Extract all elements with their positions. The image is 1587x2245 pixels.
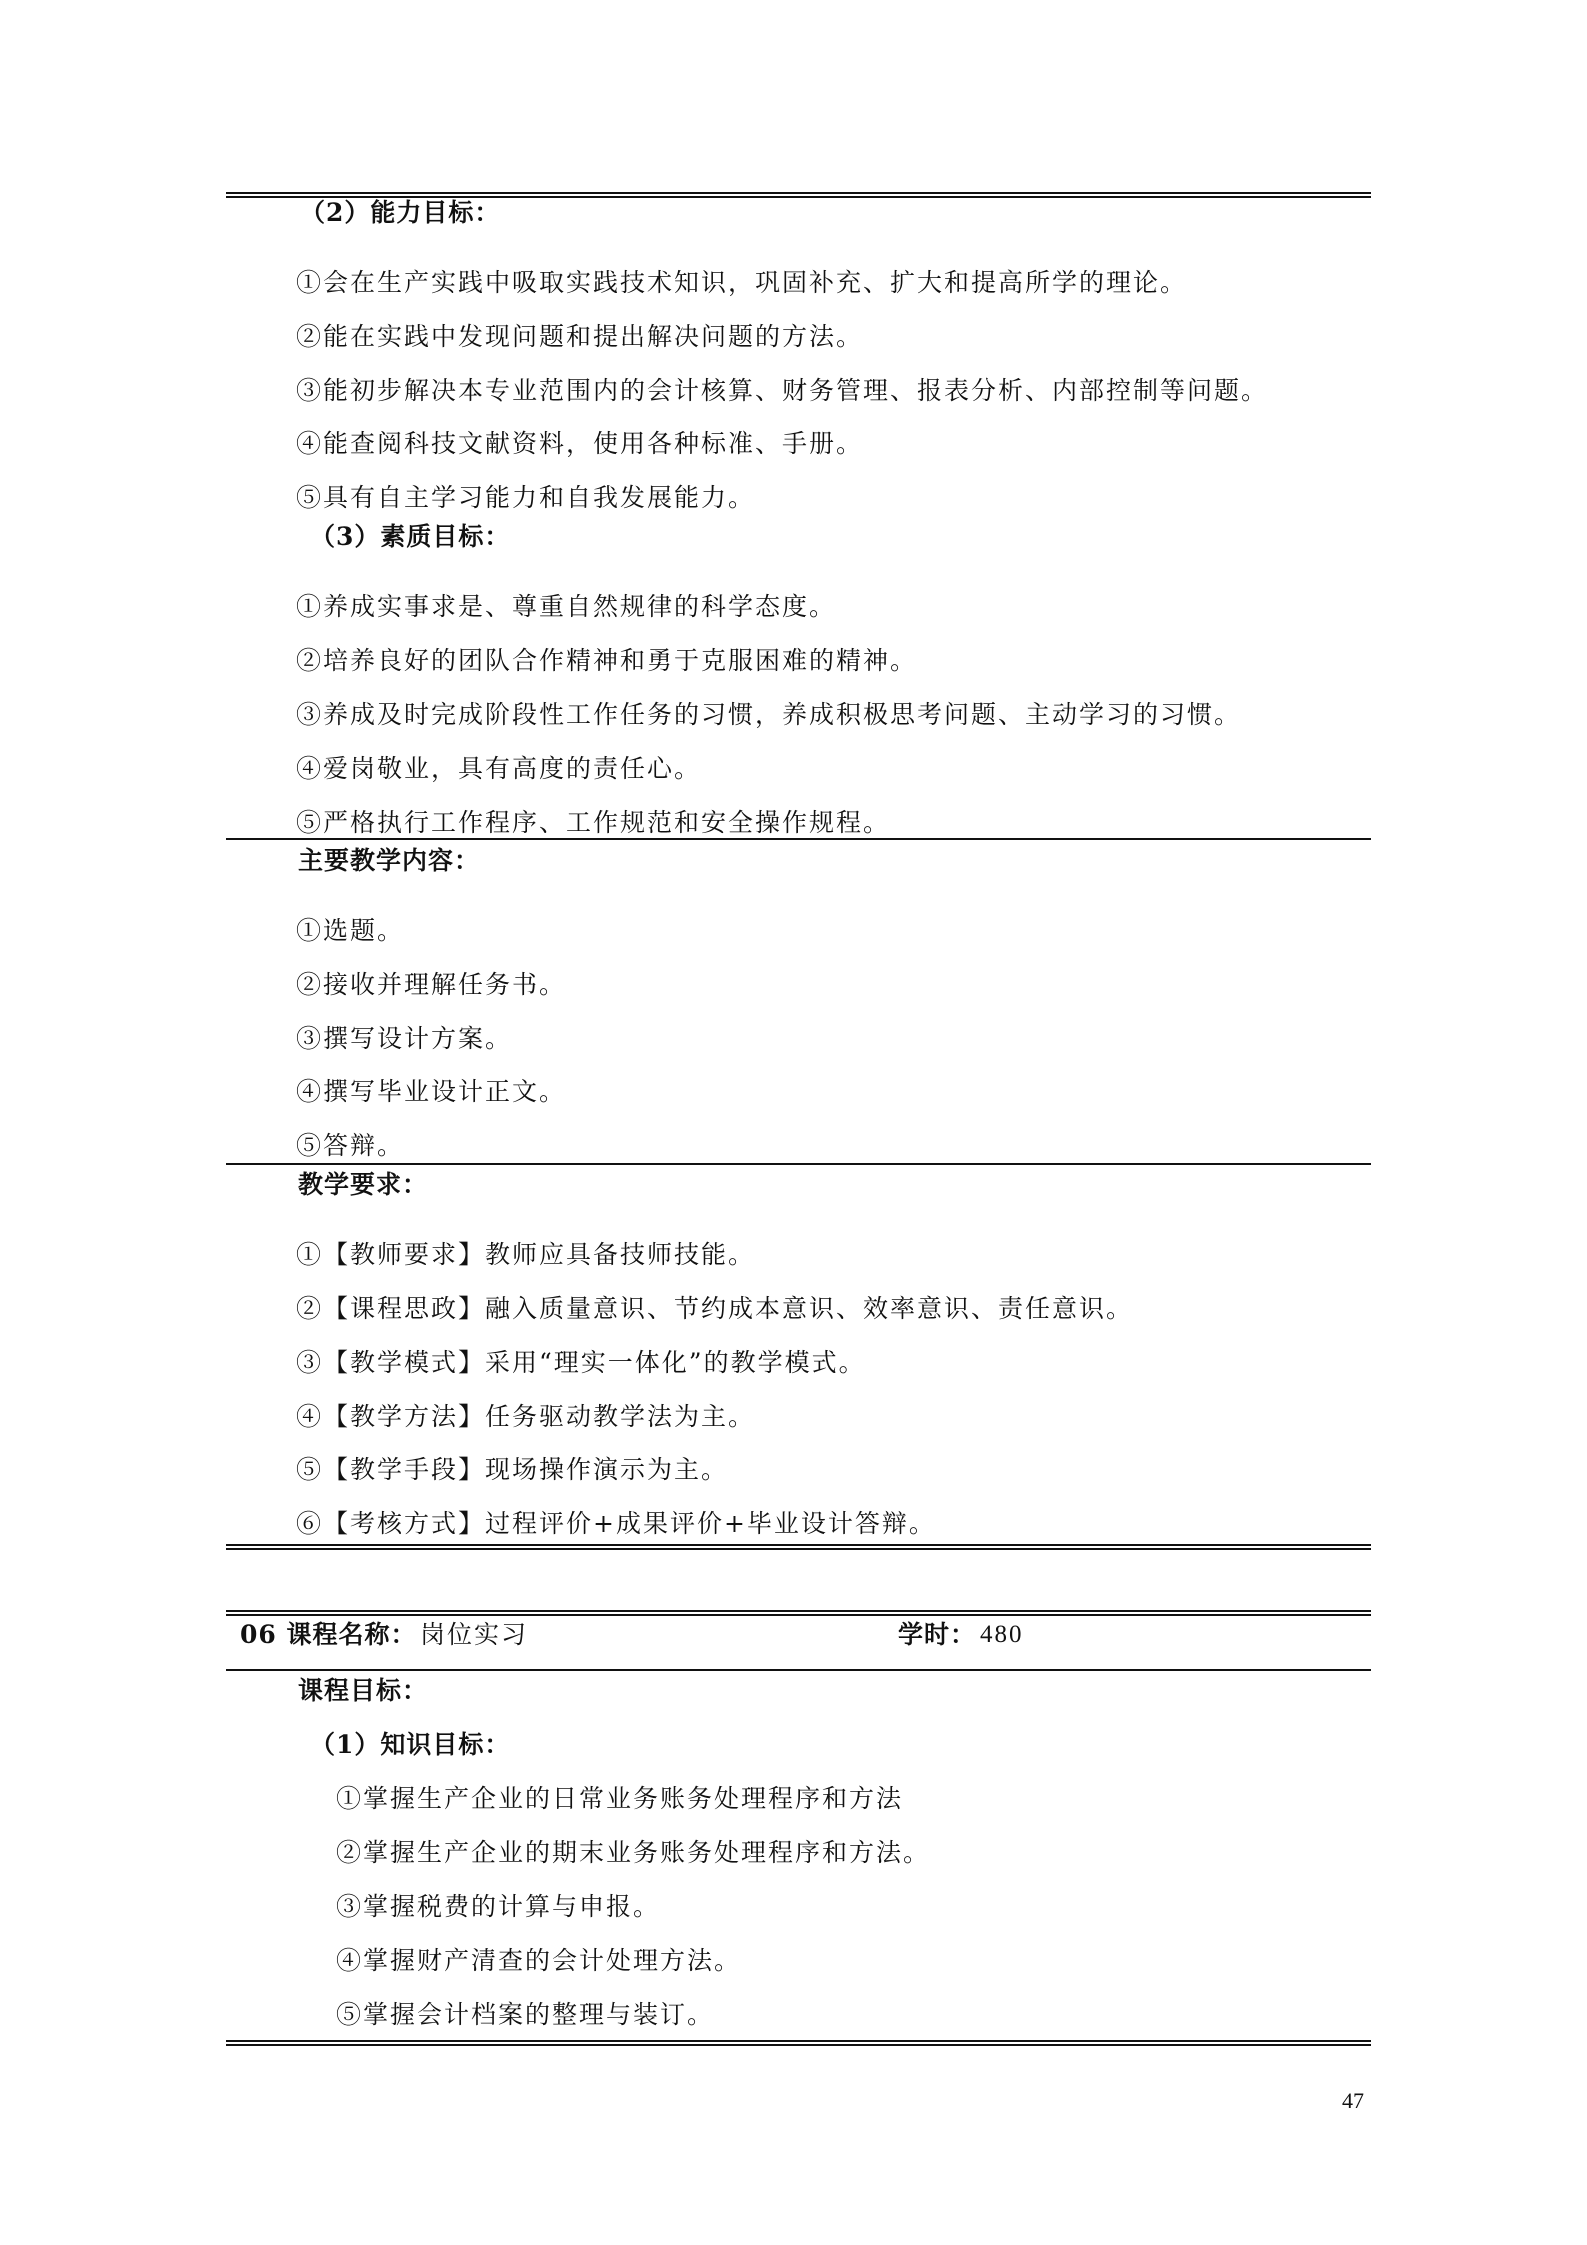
course-hours-label: 学时： [898,1618,976,1652]
list-item: ①【教师要求】教师应具备技师技能。 [296,1238,755,1272]
course-objectives-heading: 课程目标： [298,1674,428,1708]
list-item: ②接收并理解任务书。 [296,968,566,1002]
list-item: ④掌握财产清查的会计处理方法。 [336,1944,741,1978]
list-item: ④撰写毕业设计正文。 [296,1075,566,1109]
table-top-border [226,1610,1371,1616]
teaching-requirements-heading: 教学要求： [298,1168,428,1202]
list-item: ④能查阅科技文献资料，使用各种标准、手册。 [296,427,863,461]
course-name-value: 岗位实习 [420,1618,528,1652]
list-item: ⑥【考核方式】过程评价+成果评价+毕业设计答辩。 [296,1507,936,1541]
list-item: ④爱岗敬业，具有高度的责任心。 [296,752,701,786]
row-divider [226,1163,1371,1165]
list-item: ⑤【教学手段】现场操作演示为主。 [296,1453,728,1487]
table-bottom-border [226,1544,1371,1550]
list-item: ③能初步解决本专业范围内的会计核算、财务管理、报表分析、内部控制等问题。 [296,374,1268,408]
ability-objectives-heading: （2）能力目标： [300,196,500,230]
list-item: ①选题。 [296,914,404,948]
list-item: ②【课程思政】融入质量意识、节约成本意识、效率意识、责任意识。 [296,1292,1133,1326]
list-item: ⑤掌握会计档案的整理与装订。 [336,1998,714,2032]
list-item: ②培养良好的团队合作精神和勇于克服困难的精神。 [296,644,917,678]
list-item: ④【教学方法】任务驱动教学法为主。 [296,1400,755,1434]
list-item: ③掌握税费的计算与申报。 [336,1890,660,1924]
list-item: ①养成实事求是、尊重自然规律的科学态度。 [296,590,836,624]
list-item: ⑤具有自主学习能力和自我发展能力。 [296,481,755,515]
row-divider [226,838,1371,840]
teaching-content-heading: 主要教学内容： [298,844,480,878]
list-item: ①会在生产实践中吸取实践技术知识，巩固补充、扩大和提高所学的理论。 [296,266,1187,300]
course-name-label: 06 课程名称： [240,1618,417,1652]
list-item: ⑤严格执行工作程序、工作规范和安全操作规程。 [296,806,890,840]
list-item: ⑤答辩。 [296,1129,404,1163]
list-item: ②能在实践中发现问题和提出解决问题的方法。 [296,320,863,354]
course-hours-value: 480 [980,1618,1024,1652]
list-item: ②掌握生产企业的期末业务账务处理程序和方法。 [336,1836,930,1870]
list-item: ③【教学模式】采用“理实一体化”的教学模式。 [296,1346,866,1380]
quality-objectives-heading: （3）素质目标： [310,520,510,554]
page-number: 47 [1342,2088,1364,2114]
row-divider [226,1669,1371,1671]
list-item: ①掌握生产企业的日常业务账务处理程序和方法 [336,1782,903,1816]
table-bottom-border [226,2040,1371,2046]
list-item: ③养成及时完成阶段性工作任务的习惯，养成积极思考问题、主动学习的习惯。 [296,698,1241,732]
knowledge-objectives-heading: （1）知识目标： [310,1728,510,1762]
list-item: ③撰写设计方案。 [296,1022,512,1056]
